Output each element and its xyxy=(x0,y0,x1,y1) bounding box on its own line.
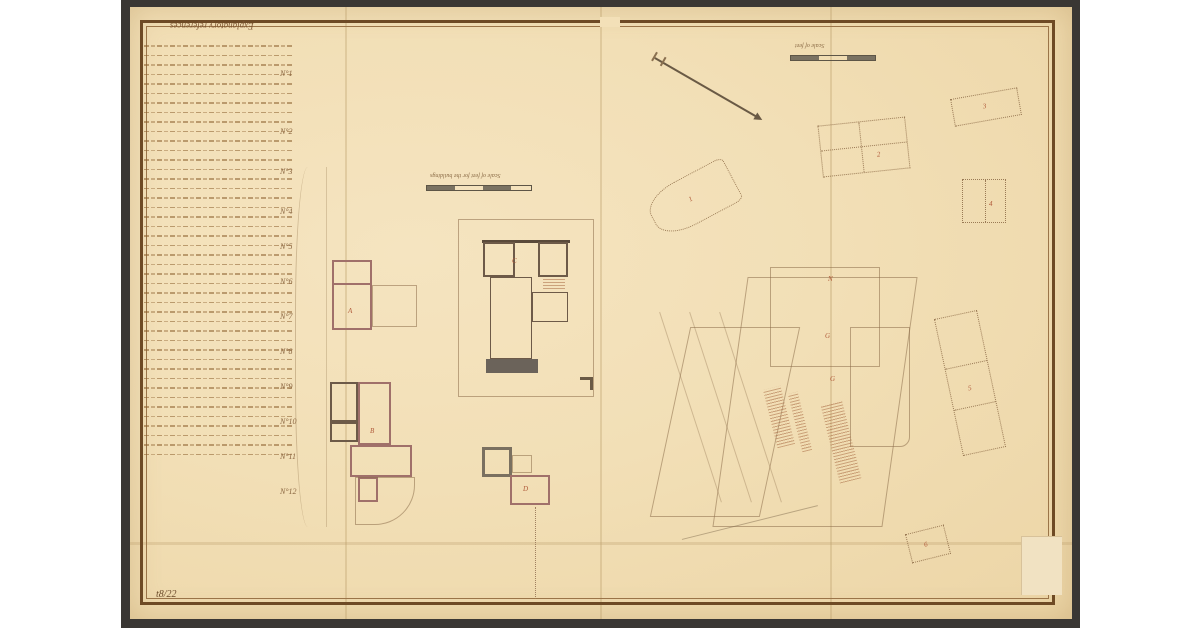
room xyxy=(332,260,372,285)
room xyxy=(510,475,550,505)
reference-number: N°8 xyxy=(280,347,293,356)
building-label: A xyxy=(348,307,352,315)
paper-flap xyxy=(1021,536,1062,595)
reference-number: N°11 xyxy=(280,452,296,461)
reference-number: N°4 xyxy=(280,207,293,216)
explanatory-text-block xyxy=(144,37,294,537)
yard xyxy=(372,285,417,327)
room xyxy=(350,445,412,477)
room xyxy=(330,382,358,422)
scale-caption: Scale of feet xyxy=(795,42,824,48)
room xyxy=(358,382,391,445)
scale-bar-upper-right xyxy=(790,55,876,61)
path-line xyxy=(535,507,537,597)
staircase xyxy=(543,279,565,289)
room xyxy=(532,292,568,322)
field-block xyxy=(850,327,910,447)
corner-marker xyxy=(580,377,593,390)
room xyxy=(330,422,358,442)
reference-number: N°7 xyxy=(280,312,293,321)
border-tear xyxy=(600,17,620,27)
reference-number: N°5 xyxy=(280,242,293,251)
scale-caption: Scale of feet for the buildings xyxy=(430,172,501,178)
lane-path xyxy=(295,167,327,527)
reference-number: N°12 xyxy=(280,487,297,496)
building-label: D xyxy=(523,485,528,493)
annex xyxy=(512,455,532,473)
reference-number: N°3 xyxy=(280,167,293,176)
map-sheet: Explanatory references N°1 N°2 N°3 N°4 N… xyxy=(130,7,1072,619)
reference-number: N°9 xyxy=(280,382,293,391)
building-label: C xyxy=(512,257,517,265)
room xyxy=(483,242,515,277)
building-label: B xyxy=(370,427,374,435)
reference-number: N°6 xyxy=(280,277,293,286)
catalog-mark: t8/22 xyxy=(156,589,177,600)
reference-number: N°2 xyxy=(280,127,293,136)
room xyxy=(538,242,568,277)
scale-bar-center xyxy=(426,185,532,191)
field-parcel-4[interactable]: 4 xyxy=(962,179,1006,223)
field-parcel-2[interactable]: 2 xyxy=(818,117,911,178)
room xyxy=(490,277,532,359)
terrace xyxy=(486,359,538,373)
reference-heading: Explanatory references xyxy=(170,21,254,31)
reference-number: N°1 xyxy=(280,69,293,78)
room xyxy=(482,447,512,477)
reference-number: N°10 xyxy=(280,417,297,426)
